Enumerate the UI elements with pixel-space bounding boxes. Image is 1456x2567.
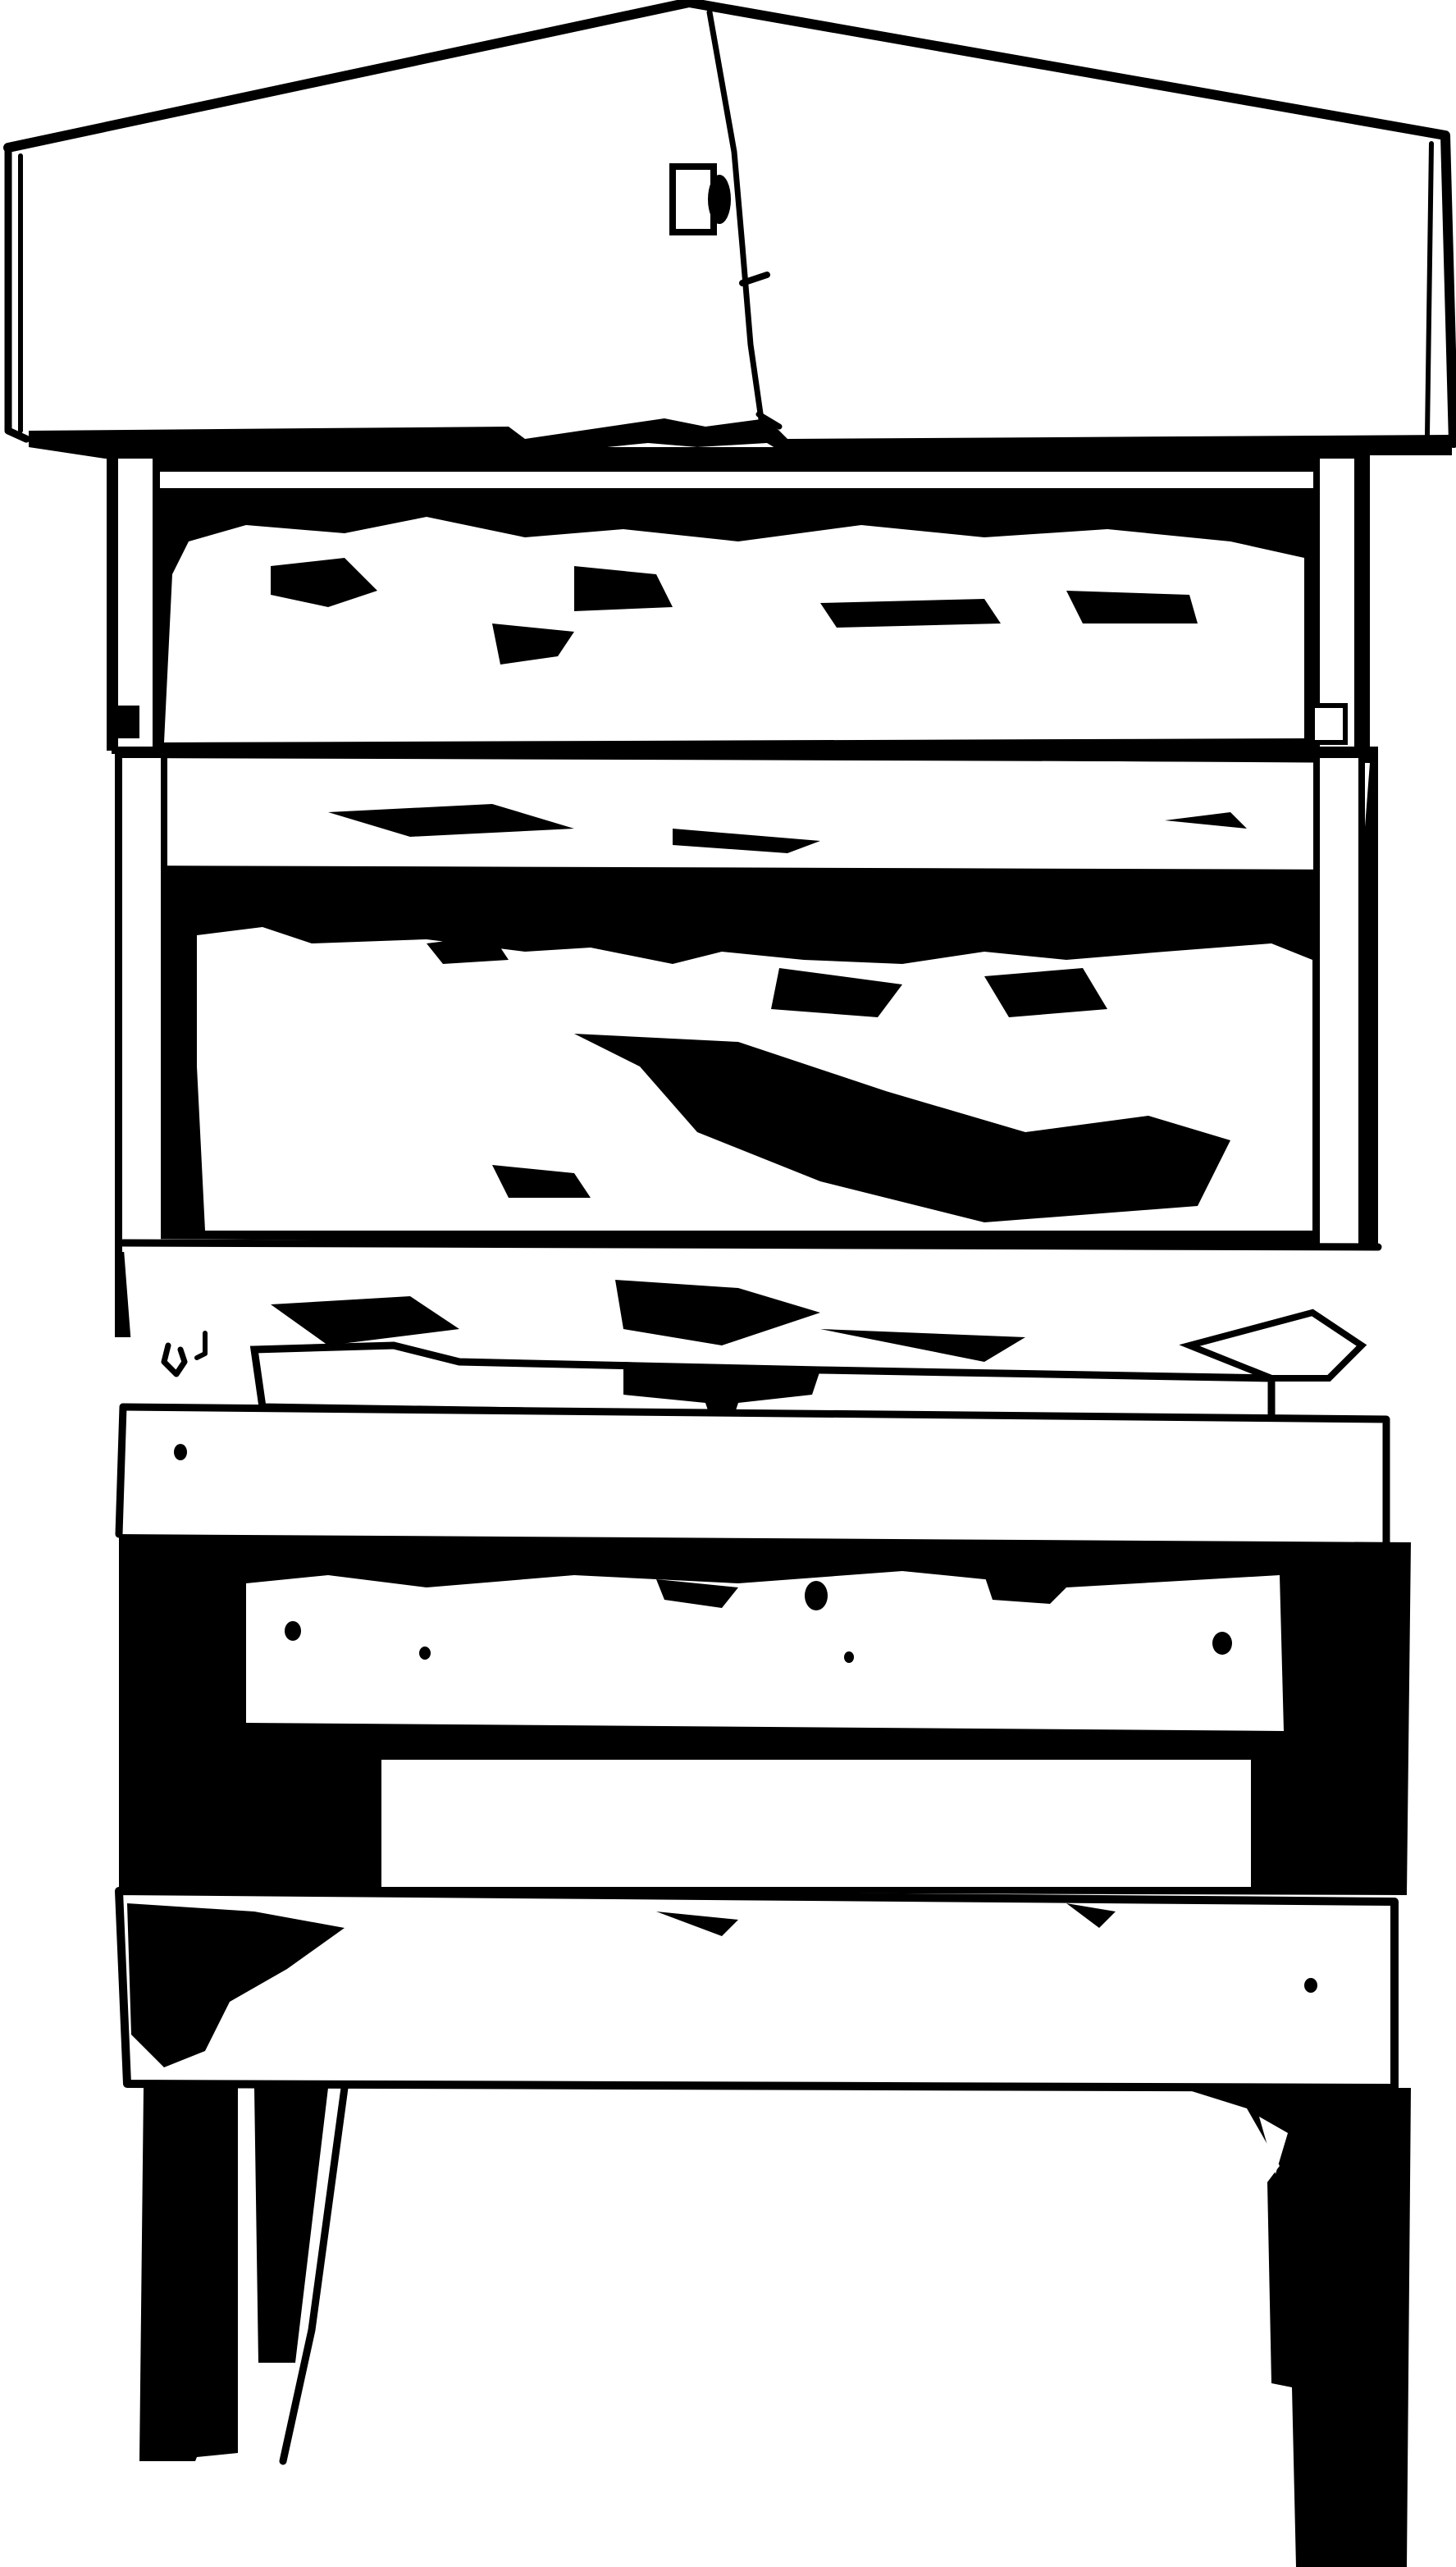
stand [119,1407,1411,2567]
beehive-illustration: Wooden beehive on a stand [0,0,1456,2567]
nail-icon [174,1444,187,1460]
leg-right [1181,2088,1411,2567]
roof-vent-icon [673,167,731,232]
leg-left [139,2088,345,2461]
super [107,447,1370,751]
stand-rail-lower [119,1891,1394,2088]
roof [8,2,1454,459]
hook-icon [164,1345,185,1374]
